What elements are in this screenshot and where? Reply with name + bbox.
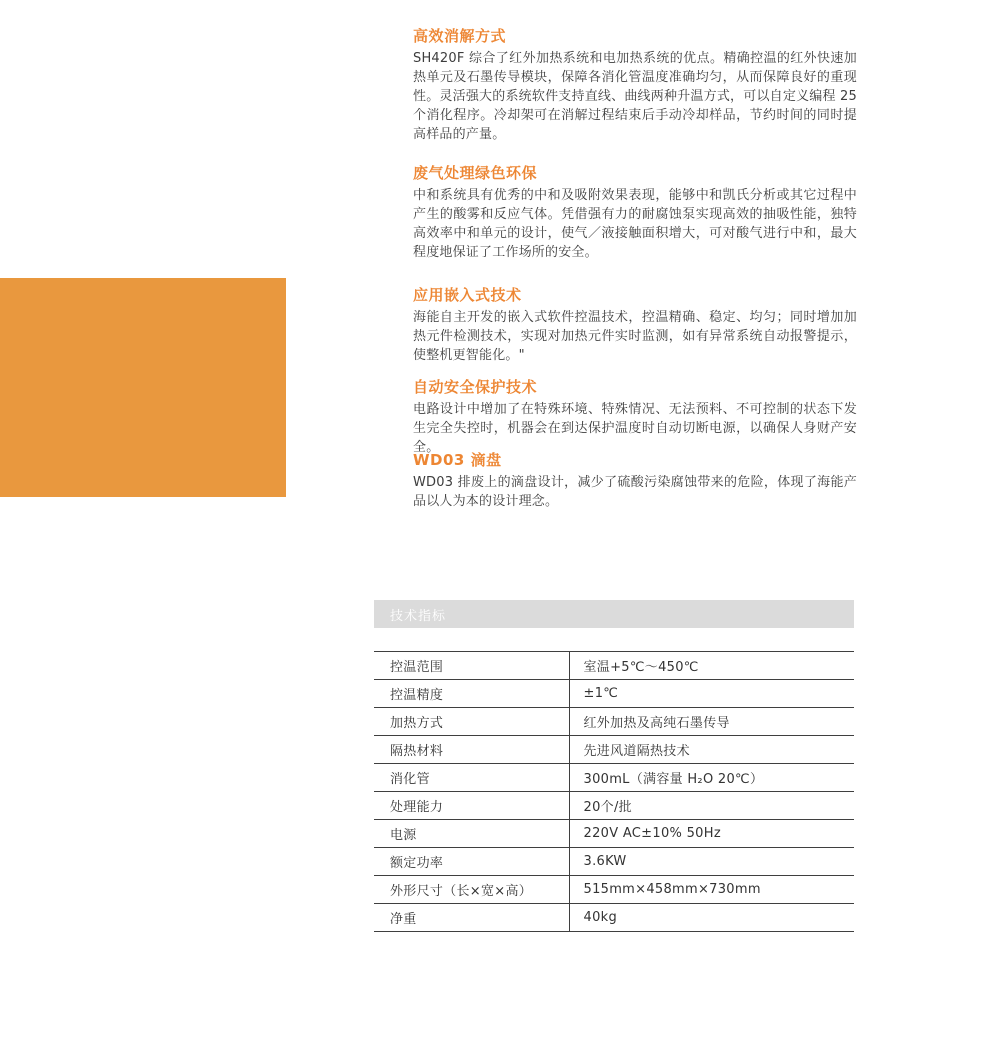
section-title: 自动安全保护技术 (413, 378, 857, 396)
section-body: 海能自主开发的嵌入式软件控温技术，控温精确、稳定、均匀；同时增加加热元件检测技术… (413, 308, 857, 365)
spec-label: 净重 (374, 904, 569, 932)
spec-label: 隔热材料 (374, 736, 569, 764)
table-row: 电源 220V AC±10% 50Hz (374, 820, 854, 848)
section-digestion-method: 高效消解方式 SH420F 综合了红外加热系统和电加热系统的优点。精确控温的红外… (413, 27, 857, 144)
spec-label: 外形尺寸（长×宽×高） (374, 876, 569, 904)
spec-value: 40kg (569, 904, 854, 932)
section-title: 高效消解方式 (413, 27, 857, 45)
spec-value: ±1℃ (569, 680, 854, 708)
spec-label: 电源 (374, 820, 569, 848)
spec-label: 消化管 (374, 764, 569, 792)
spec-label: 加热方式 (374, 708, 569, 736)
spec-label: 处理能力 (374, 792, 569, 820)
section-wd03-drip-tray: WD03 滴盘 WD03 排废上的滴盘设计，减少了硫酸污染腐蚀带来的危险，体现了… (413, 451, 857, 511)
section-body: 中和系统具有优秀的中和及吸附效果表现，能够中和凯氏分析或其它过程中产生的酸雾和反… (413, 186, 857, 262)
section-auto-safety: 自动安全保护技术 电路设计中增加了在特殊环境、特殊情况、无法预料、不可控制的状态… (413, 378, 857, 457)
table-row: 加热方式 红外加热及高纯石墨传导 (374, 708, 854, 736)
section-title: 应用嵌入式技术 (413, 286, 857, 304)
section-title: WD03 滴盘 (413, 451, 857, 469)
table-row: 控温范围 室温+5℃～450℃ (374, 652, 854, 680)
spec-value: 20个/批 (569, 792, 854, 820)
spec-value: 220V AC±10% 50Hz (569, 820, 854, 848)
spec-value: 515mm×458mm×730mm (569, 876, 854, 904)
spec-label: 控温精度 (374, 680, 569, 708)
table-row: 控温精度 ±1℃ (374, 680, 854, 708)
spec-header-title: 技术指标 (390, 605, 446, 624)
table-row: 消化管 300mL（满容量 H₂O 20℃） (374, 764, 854, 792)
table-row: 外形尺寸（长×宽×高） 515mm×458mm×730mm (374, 876, 854, 904)
spec-value: 室温+5℃～450℃ (569, 652, 854, 680)
orange-decoration-block (0, 278, 286, 497)
spec-value: 300mL（满容量 H₂O 20℃） (569, 764, 854, 792)
section-body: 电路设计中增加了在特殊环境、特殊情况、无法预料、不可控制的状态下发生完全失控时，… (413, 400, 857, 457)
spec-value: 先进风道隔热技术 (569, 736, 854, 764)
section-body: SH420F 综合了红外加热系统和电加热系统的优点。精确控温的红外快速加热单元及… (413, 49, 857, 144)
spec-value: 红外加热及高纯石墨传导 (569, 708, 854, 736)
table-row: 隔热材料 先进风道隔热技术 (374, 736, 854, 764)
section-body: WD03 排废上的滴盘设计，减少了硫酸污染腐蚀带来的危险，体现了海能产品以人为本… (413, 473, 857, 511)
section-embedded-tech: 应用嵌入式技术 海能自主开发的嵌入式软件控温技术，控温精确、稳定、均匀；同时增加… (413, 286, 857, 365)
table-row: 处理能力 20个/批 (374, 792, 854, 820)
table-row: 额定功率 3.6KW (374, 848, 854, 876)
spec-label: 额定功率 (374, 848, 569, 876)
section-title: 废气处理绿色环保 (413, 164, 857, 182)
section-waste-gas: 废气处理绿色环保 中和系统具有优秀的中和及吸附效果表现，能够中和凯氏分析或其它过… (413, 164, 857, 262)
spec-table: 控温范围 室温+5℃～450℃ 控温精度 ±1℃ 加热方式 红外加热及高纯石墨传… (374, 651, 854, 932)
spec-label: 控温范围 (374, 652, 569, 680)
spec-value: 3.6KW (569, 848, 854, 876)
spec-header-bar: 技术指标 (374, 600, 854, 628)
table-row: 净重 40kg (374, 904, 854, 932)
